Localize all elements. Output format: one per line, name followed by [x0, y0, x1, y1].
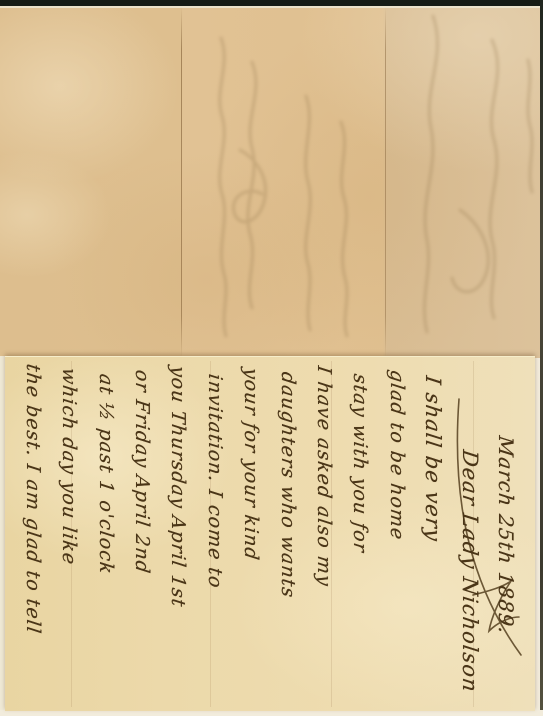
letter-body-text: March 25th 1889. Dear Lady Nicholson I s… [14, 364, 524, 704]
ink-bleedthrough-ghost [0, 0, 543, 358]
handwriting-line: your for your kind [233, 366, 269, 706]
handwriting-line-salutation: Dear Lady Nicholson [451, 448, 487, 706]
handwritten-page: March 25th 1889. Dear Lady Nicholson I s… [5, 356, 535, 711]
framed-letter-photo: March 25th 1889. Dear Lady Nicholson I s… [0, 0, 543, 716]
handwriting-line: glad to be home [378, 368, 414, 706]
handwriting-line: stay with you for [342, 372, 378, 706]
frame-highlight-line [0, 6, 543, 8]
handwriting-line: I shall be very [415, 374, 451, 706]
handwriting-line: or Friday April 2nd [124, 368, 160, 706]
handwriting-line: the best. I am glad to tell [14, 362, 50, 706]
handwriting-line: invitation. I come to [196, 372, 232, 706]
handwriting-line: I have asked also my [306, 364, 342, 706]
handwriting-line: which day you like [51, 366, 87, 706]
handwriting-line: daughters who wants [269, 370, 305, 706]
handwriting-line-date: March 25th 1889. [488, 434, 524, 706]
handwriting-line: you Thursday April 1st [160, 364, 196, 706]
letter-back-page [0, 0, 543, 358]
handwriting-line: at ½ past 1 o'clock [87, 372, 123, 706]
